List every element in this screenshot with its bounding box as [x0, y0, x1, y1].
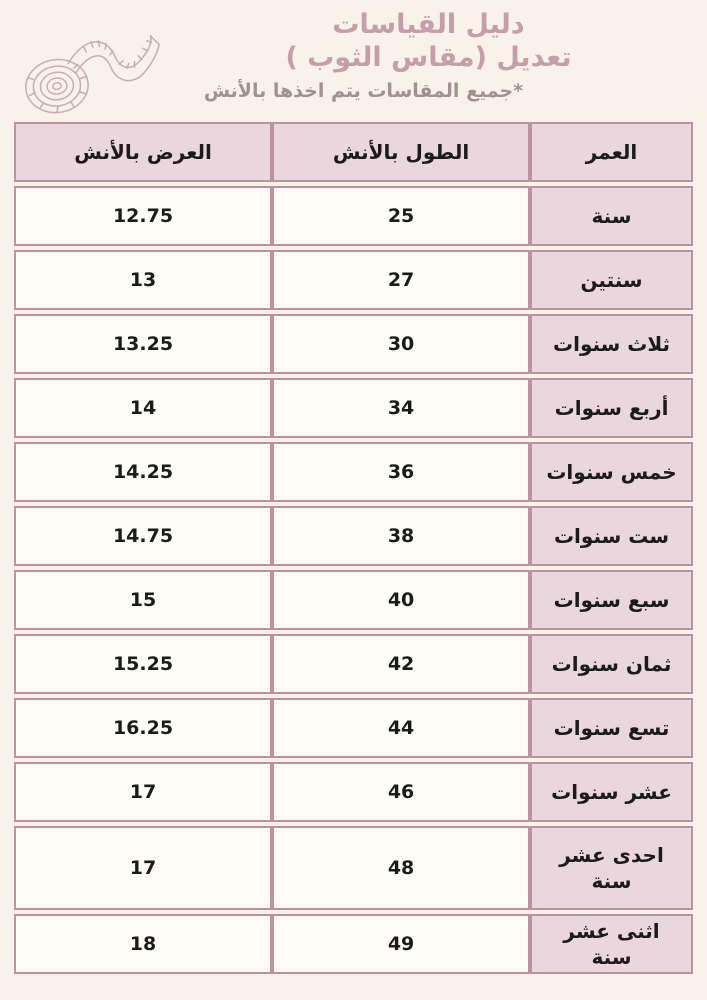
length-cell: 30 [272, 314, 530, 374]
width-cell: 14 [14, 378, 272, 438]
width-cell: 15.25 [14, 634, 272, 694]
table-row: ثلاث سنوات 30 13.25 [14, 314, 693, 374]
age-cell: ست سنوات [530, 506, 693, 566]
age-cell: أربع سنوات [530, 378, 693, 438]
age-cell: سبع سنوات [530, 570, 693, 630]
length-cell: 38 [272, 506, 530, 566]
table-row: سنتين 27 13 [14, 250, 693, 310]
width-cell: 17 [14, 826, 272, 910]
table-row: عشر سنوات 46 17 [14, 762, 693, 822]
age-cell: ثلاث سنوات [530, 314, 693, 374]
length-cell: 48 [272, 826, 530, 910]
table-header-row: العمر الطول بالأنش العرض بالأنش [14, 122, 693, 182]
length-cell: 42 [272, 634, 530, 694]
length-cell: 34 [272, 378, 530, 438]
column-header-length: الطول بالأنش [272, 122, 530, 182]
size-table: العمر الطول بالأنش العرض بالأنش سنة 25 1… [14, 122, 693, 974]
table-row: ست سنوات 38 14.75 [14, 506, 693, 566]
age-cell: عشر سنوات [530, 762, 693, 822]
page-subtitle: تعديل (مقاس الثوب ) [0, 41, 707, 74]
age-cell: خمس سنوات [530, 442, 693, 502]
width-cell: 13 [14, 250, 272, 310]
length-cell: 49 [272, 914, 530, 974]
size-guide-page: { "page": { "background": "#f8f2e9" }, "… [0, 0, 707, 1000]
age-cell: اثنى عشر سنة [530, 914, 693, 974]
width-cell: 14.75 [14, 506, 272, 566]
width-cell: 15 [14, 570, 272, 630]
width-cell: 18 [14, 914, 272, 974]
width-cell: 13.25 [14, 314, 272, 374]
measurement-note: *جميع المقاسات يتم اخذها بالأنش [0, 76, 707, 106]
age-cell: سنة [530, 186, 693, 246]
length-cell: 46 [272, 762, 530, 822]
age-cell: سنتين [530, 250, 693, 310]
width-cell: 16.25 [14, 698, 272, 758]
age-cell: تسع سنوات [530, 698, 693, 758]
table-row: أربع سنوات 34 14 [14, 378, 693, 438]
column-header-age: العمر [530, 122, 693, 182]
table-row: ثمان سنوات 42 15.25 [14, 634, 693, 694]
length-cell: 40 [272, 570, 530, 630]
table-row: احدى عشر سنة 48 17 [14, 826, 693, 910]
length-cell: 44 [272, 698, 530, 758]
table-row: تسع سنوات 44 16.25 [14, 698, 693, 758]
length-cell: 27 [272, 250, 530, 310]
table-row: خمس سنوات 36 14.25 [14, 442, 693, 502]
table-row: اثنى عشر سنة 49 18 [14, 914, 693, 974]
page-header: دليل القياسات تعديل (مقاس الثوب ) *جميع … [0, 0, 707, 122]
length-cell: 36 [272, 442, 530, 502]
width-cell: 12.75 [14, 186, 272, 246]
table-row: سبع سنوات 40 15 [14, 570, 693, 630]
width-cell: 14.25 [14, 442, 272, 502]
age-cell: احدى عشر سنة [530, 826, 693, 910]
page-title: دليل القياسات [0, 8, 707, 41]
length-cell: 25 [272, 186, 530, 246]
table-row: سنة 25 12.75 [14, 186, 693, 246]
column-header-width: العرض بالأنش [14, 122, 272, 182]
age-cell: ثمان سنوات [530, 634, 693, 694]
width-cell: 17 [14, 762, 272, 822]
title-block: دليل القياسات تعديل (مقاس الثوب ) *جميع … [0, 8, 707, 106]
